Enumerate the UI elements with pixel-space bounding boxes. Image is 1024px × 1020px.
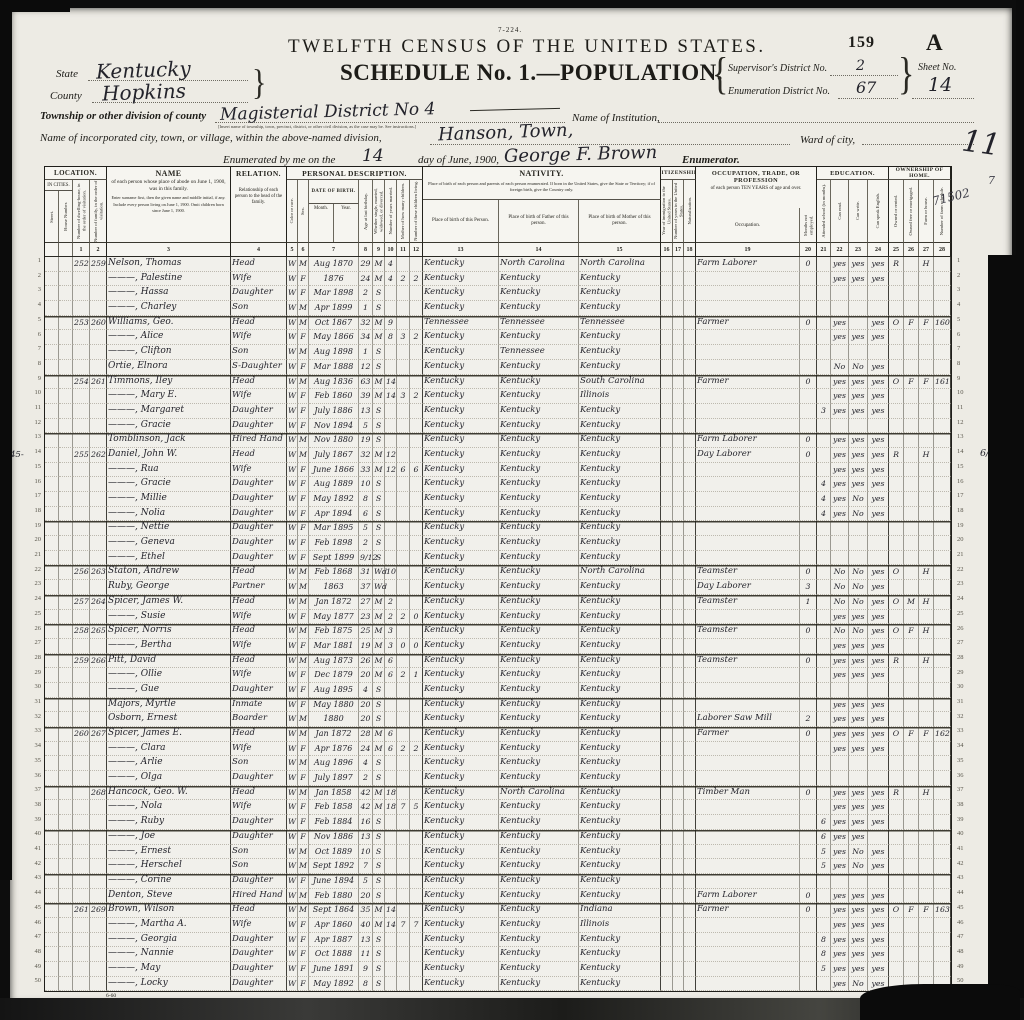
- cell-sch: [817, 654, 831, 669]
- cell-street: [45, 521, 59, 536]
- cell-c17: [673, 756, 684, 771]
- census-table-main: LOCATION.PERSONAL DESCRIPTION.NATIVITY.C…: [44, 166, 952, 992]
- cell-dob: Apr 1899: [309, 301, 359, 316]
- cell-liv: [410, 448, 423, 463]
- cell-yrs: 9: [385, 316, 397, 331]
- cell-pof: Kentucky: [499, 859, 579, 874]
- cell-pof: Kentucky: [499, 918, 579, 933]
- district-brace-close: }: [898, 49, 914, 100]
- cell-c16: [661, 698, 673, 713]
- cell-pom: Kentucky: [579, 433, 661, 448]
- cell-rd: yes: [831, 330, 849, 345]
- cell-yrs: [385, 977, 397, 992]
- cell-street: [45, 301, 59, 316]
- cell-rel: Son: [231, 756, 287, 771]
- cell-occ: [696, 933, 800, 948]
- cell-pom: Kentucky: [579, 977, 661, 992]
- cell-wr: yes: [849, 815, 868, 830]
- cell-wr: yes: [849, 257, 868, 272]
- cell-liv: [410, 316, 423, 331]
- cell-name: ———, Alice: [107, 330, 231, 345]
- cell-sex: M: [298, 859, 309, 874]
- cell-c16: [661, 580, 673, 595]
- cell-fh: [919, 683, 934, 698]
- cell-pof: Kentucky: [499, 815, 579, 830]
- cell-mo: 0: [800, 257, 817, 272]
- cell-age: 42: [359, 800, 373, 815]
- cell-en: yes: [868, 889, 889, 904]
- cell-occ: [696, 286, 800, 301]
- cell-c16: [661, 654, 673, 669]
- cell-dob: Mar 1888: [309, 360, 359, 375]
- row-number-right: 37: [957, 786, 964, 793]
- cell-ch: [397, 536, 410, 551]
- cell-sch: [817, 565, 831, 580]
- cell-name: ———, Olga: [107, 771, 231, 786]
- header-date-of-birth: DATE OF BIRTH.: [309, 180, 359, 204]
- cell-color: W: [287, 771, 298, 786]
- cell-fam: 261: [90, 375, 107, 390]
- cell-yrs: 8: [385, 330, 397, 345]
- cell-dob: Feb 1875: [309, 624, 359, 639]
- census-row: ———, GenevaDaughterWFFeb 18982SKentuckyK…: [45, 536, 951, 551]
- cell-c18: [684, 477, 696, 492]
- cell-occ: [696, 742, 800, 757]
- cell-sch: [817, 389, 831, 404]
- cell-own: [889, 419, 904, 434]
- cell-age: 9/12: [359, 551, 373, 566]
- cell-yrs: [385, 286, 397, 301]
- cell-mar: M: [373, 786, 385, 801]
- cell-ch: [397, 786, 410, 801]
- cell-sched: [934, 947, 951, 962]
- cell-name: Brown, Wilson: [107, 903, 231, 918]
- cell-fh: H: [919, 786, 934, 801]
- cell-c16: [661, 962, 673, 977]
- sheet-letter: A: [926, 30, 943, 56]
- cell-en: yes: [868, 477, 889, 492]
- cell-wr: [849, 683, 868, 698]
- cell-house: [59, 756, 73, 771]
- cell-liv: [410, 654, 423, 669]
- cell-sch: 6: [817, 830, 831, 845]
- cell-en: yes: [868, 257, 889, 272]
- cell-color: W: [287, 477, 298, 492]
- cell-c17: [673, 565, 684, 580]
- cell-c17: [673, 874, 684, 889]
- cell-yrs: [385, 345, 397, 360]
- cell-house: [59, 712, 73, 727]
- cell-fam: [90, 301, 107, 316]
- cell-rd: yes: [831, 727, 849, 742]
- row-number-left: 21: [35, 551, 42, 558]
- cell-name: Denton, Steve: [107, 889, 231, 904]
- cell-rd: [831, 683, 849, 698]
- cell-liv: [410, 874, 423, 889]
- cell-sched: [934, 830, 951, 845]
- cell-dw: 256: [73, 565, 90, 580]
- cell-own: [889, 360, 904, 375]
- cell-c17: [673, 301, 684, 316]
- cell-house: [59, 668, 73, 683]
- cell-yrs: [385, 859, 397, 874]
- cell-mar: S: [373, 286, 385, 301]
- cell-age: 6: [359, 507, 373, 522]
- cell-occ: [696, 962, 800, 977]
- cell-own: [889, 859, 904, 874]
- row-number-left: 36: [35, 772, 42, 779]
- row-number-left: 12: [35, 419, 42, 426]
- cell-own: O: [889, 316, 904, 331]
- cell-mort: [904, 507, 919, 522]
- cell-yrs: [385, 551, 397, 566]
- cell-wr: [849, 419, 868, 434]
- cell-street: [45, 389, 59, 404]
- cell-sex: M: [298, 595, 309, 610]
- cell-pob: Kentucky: [423, 595, 499, 610]
- cell-occ: Teamster: [696, 654, 800, 669]
- census-row: ———, HassaDaughterWFMar 18982SKentuckyKe…: [45, 286, 951, 301]
- cell-en: yes: [868, 389, 889, 404]
- cell-pob: Kentucky: [423, 947, 499, 962]
- cell-mort: [904, 933, 919, 948]
- cell-rd: [831, 521, 849, 536]
- cell-dob: Aug 1836: [309, 375, 359, 390]
- census-row: ———, LockyDaughterWFMay 18928SKentuckyKe…: [45, 977, 951, 992]
- cell-sex: F: [298, 507, 309, 522]
- cell-dw: 254: [73, 375, 90, 390]
- cell-fam: [90, 815, 107, 830]
- cell-pom: Kentucky: [579, 639, 661, 654]
- cell-mort: [904, 859, 919, 874]
- cell-mar: S: [373, 889, 385, 904]
- cell-occ: [696, 345, 800, 360]
- cell-wr: yes: [849, 918, 868, 933]
- cell-own: [889, 507, 904, 522]
- cell-wr: yes: [849, 433, 868, 448]
- cell-c17: [673, 272, 684, 287]
- cell-mort: [904, 698, 919, 713]
- cell-dw: 255: [73, 448, 90, 463]
- cell-house: [59, 933, 73, 948]
- header-name: NAMEof each person whose place of abode …: [107, 167, 231, 242]
- cell-rel: Wife: [231, 742, 287, 757]
- cell-pob: Kentucky: [423, 889, 499, 904]
- census-row: ———, AliceWifeWFMay 186634M832KentuckyKe…: [45, 330, 951, 345]
- cell-mort: [904, 962, 919, 977]
- cell-pob: Kentucky: [423, 448, 499, 463]
- cell-c16: [661, 639, 673, 654]
- cell-fam: [90, 536, 107, 551]
- cell-color: W: [287, 610, 298, 625]
- cell-fam: [90, 742, 107, 757]
- cell-sex: F: [298, 419, 309, 434]
- cell-fam: [90, 962, 107, 977]
- census-scan-page: { "page": { "form_number": "7-224.", "ti…: [0, 0, 1024, 1020]
- cell-pob: Kentucky: [423, 610, 499, 625]
- cell-pof: Kentucky: [499, 610, 579, 625]
- cell-fh: F: [919, 727, 934, 742]
- cell-sex: F: [298, 742, 309, 757]
- cell-mar: Wd: [373, 580, 385, 595]
- cell-c16: [661, 815, 673, 830]
- cell-dob: Apr 1876: [309, 742, 359, 757]
- cell-pof: Kentucky: [499, 492, 579, 507]
- cell-pof: Kentucky: [499, 903, 579, 918]
- cell-age: 33: [359, 463, 373, 478]
- cell-sch: [817, 800, 831, 815]
- cell-mar: S: [373, 301, 385, 316]
- cell-fh: [919, 507, 934, 522]
- cell-pob: Kentucky: [423, 330, 499, 345]
- cell-wr: yes: [849, 727, 868, 742]
- cell-yrs: 12: [385, 463, 397, 478]
- cell-liv: [410, 419, 423, 434]
- row-number-right: 14: [957, 448, 964, 455]
- cell-ch: [397, 345, 410, 360]
- cell-fam: [90, 859, 107, 874]
- cell-rd: yes: [831, 272, 849, 287]
- cell-en: yes: [868, 859, 889, 874]
- cell-wr: [849, 874, 868, 889]
- cell-mar: S: [373, 360, 385, 375]
- header-col-house: House Number.: [59, 191, 73, 242]
- cell-c17: [673, 507, 684, 522]
- cell-mar: M: [373, 639, 385, 654]
- scan-edge-top-left: [0, 0, 70, 12]
- cell-age: 11: [359, 947, 373, 962]
- cell-rd: yes: [831, 507, 849, 522]
- cell-pom: Kentucky: [579, 624, 661, 639]
- cell-occ: [696, 756, 800, 771]
- cell-color: W: [287, 448, 298, 463]
- cell-pom: Kentucky: [579, 756, 661, 771]
- cell-sex: M: [298, 712, 309, 727]
- cell-occ: [696, 918, 800, 933]
- cell-street: [45, 962, 59, 977]
- cell-c17: [673, 521, 684, 536]
- margin-note-left: 45-: [10, 450, 24, 460]
- cell-sched: [934, 521, 951, 536]
- cell-en: yes: [868, 448, 889, 463]
- cell-sex: M: [298, 624, 309, 639]
- cell-c16: [661, 316, 673, 331]
- cell-rel: Head: [231, 257, 287, 272]
- cell-sched: [934, 565, 951, 580]
- cell-ch: [397, 521, 410, 536]
- cell-liv: [410, 903, 423, 918]
- cell-rel: Daughter: [231, 815, 287, 830]
- cell-yrs: 14: [385, 375, 397, 390]
- cell-mo: 0: [800, 448, 817, 463]
- header-col-wr: Can write.: [849, 180, 868, 242]
- cell-c16: [661, 301, 673, 316]
- cell-ch: [397, 375, 410, 390]
- cell-occ: [696, 947, 800, 962]
- cell-liv: [410, 756, 423, 771]
- cell-dw: [73, 830, 90, 845]
- cell-pom: Kentucky: [579, 698, 661, 713]
- cell-dob: Feb 1880: [309, 889, 359, 904]
- cell-sched: [934, 419, 951, 434]
- cell-dw: [73, 521, 90, 536]
- cell-name: ———, Locky: [107, 977, 231, 992]
- cell-house: [59, 389, 73, 404]
- cell-pom: South Carolina: [579, 375, 661, 390]
- cell-name: ———, Palestine: [107, 272, 231, 287]
- cell-sched: [934, 507, 951, 522]
- cell-occ: [696, 477, 800, 492]
- cell-pof: Kentucky: [499, 727, 579, 742]
- header-col-number: 26: [904, 242, 919, 256]
- cell-liv: 6: [410, 463, 423, 478]
- cell-sex: F: [298, 668, 309, 683]
- cell-sched: 161: [934, 375, 951, 390]
- cell-sched: [934, 845, 951, 860]
- cell-sched: [934, 404, 951, 419]
- cell-own: [889, 800, 904, 815]
- cell-liv: [410, 786, 423, 801]
- cell-fh: H: [919, 624, 934, 639]
- cell-occ: [696, 977, 800, 992]
- cell-name: Timmons, Iley: [107, 375, 231, 390]
- cell-ch: [397, 830, 410, 845]
- cell-sch: [817, 521, 831, 536]
- cell-street: [45, 712, 59, 727]
- cell-street: [45, 845, 59, 860]
- cell-liv: 0: [410, 639, 423, 654]
- cell-ch: 3: [397, 389, 410, 404]
- cell-en: [868, 419, 889, 434]
- cell-pom: Kentucky: [579, 330, 661, 345]
- cell-color: W: [287, 962, 298, 977]
- row-number-left: 13: [35, 433, 42, 440]
- cell-ch: [397, 448, 410, 463]
- header-col-number: 3: [107, 242, 231, 256]
- cell-c18: [684, 859, 696, 874]
- cell-occ: Day Laborer: [696, 448, 800, 463]
- cell-c18: [684, 301, 696, 316]
- cell-rd: No: [831, 624, 849, 639]
- cell-pom: Kentucky: [579, 610, 661, 625]
- cell-yrs: [385, 889, 397, 904]
- cell-fam: [90, 521, 107, 536]
- cell-mo: [800, 419, 817, 434]
- cell-c16: [661, 668, 673, 683]
- cell-name: Williams, Geo.: [107, 316, 231, 331]
- cell-liv: [410, 477, 423, 492]
- cell-occ: [696, 301, 800, 316]
- cell-pob: Kentucky: [423, 845, 499, 860]
- cell-liv: [410, 565, 423, 580]
- cell-yrs: 6: [385, 727, 397, 742]
- row-number-left: 1: [38, 257, 41, 264]
- cell-yrs: 14: [385, 903, 397, 918]
- cell-fam: [90, 830, 107, 845]
- cell-c16: [661, 286, 673, 301]
- cell-liv: 2: [410, 330, 423, 345]
- cell-sch: 8: [817, 933, 831, 948]
- cell-age: 19: [359, 639, 373, 654]
- census-row: Tomblinson, JackHired HandWMNov 188019SK…: [45, 433, 951, 448]
- cell-dw: [73, 389, 90, 404]
- cell-sch: [817, 419, 831, 434]
- cell-pof: Kentucky: [499, 668, 579, 683]
- cell-sch: [817, 786, 831, 801]
- cell-sch: [817, 683, 831, 698]
- cell-house: [59, 698, 73, 713]
- census-row: ———, MargaretDaughterWFJuly 188613SKentu…: [45, 404, 951, 419]
- cell-house: [59, 815, 73, 830]
- cell-mo: [800, 507, 817, 522]
- row-number-left: 31: [35, 698, 42, 705]
- cell-mar: S: [373, 830, 385, 845]
- cell-rel: Daughter: [231, 947, 287, 962]
- cell-pob: Kentucky: [423, 756, 499, 771]
- cell-ch: [397, 624, 410, 639]
- cell-mort: [904, 786, 919, 801]
- institution-underline: [658, 122, 974, 123]
- cell-liv: [410, 859, 423, 874]
- cell-mort: [904, 845, 919, 860]
- cell-sch: 5: [817, 859, 831, 874]
- header-col-dw: Number of dwelling-house, in the order o…: [73, 180, 90, 242]
- cell-c16: [661, 492, 673, 507]
- header-col-own: Owned or rented.: [889, 180, 904, 242]
- cell-wr: [849, 286, 868, 301]
- cell-c18: [684, 800, 696, 815]
- cell-c18: [684, 316, 696, 331]
- cell-rel: Son: [231, 845, 287, 860]
- cell-mar: M: [373, 330, 385, 345]
- cell-pob: Kentucky: [423, 492, 499, 507]
- cell-c16: [661, 947, 673, 962]
- cell-street: [45, 257, 59, 272]
- row-number-right: 1: [957, 257, 960, 264]
- cell-own: [889, 404, 904, 419]
- cell-mar: S: [373, 345, 385, 360]
- row-number-right: 24: [957, 595, 964, 602]
- cell-fam: [90, 947, 107, 962]
- cell-dw: [73, 507, 90, 522]
- cell-en: yes: [868, 360, 889, 375]
- cell-mort: [904, 272, 919, 287]
- county-value: Hopkins: [102, 79, 187, 106]
- cell-fh: [919, 301, 934, 316]
- cell-street: [45, 492, 59, 507]
- cell-sch: [817, 712, 831, 727]
- cell-fam: [90, 712, 107, 727]
- cell-pob: Kentucky: [423, 639, 499, 654]
- cell-wr: [849, 521, 868, 536]
- row-number-right: 18: [957, 507, 964, 514]
- cell-street: [45, 272, 59, 287]
- cell-age: 1: [359, 345, 373, 360]
- cell-pom: Kentucky: [579, 859, 661, 874]
- cell-c17: [673, 330, 684, 345]
- row-number-left: 8: [38, 360, 41, 367]
- cell-wr: yes: [849, 654, 868, 669]
- census-row: Ortie, ElnoraS-DaughterWFMar 188812SKent…: [45, 360, 951, 375]
- cell-pom: Kentucky: [579, 845, 661, 860]
- cell-color: W: [287, 712, 298, 727]
- cell-sex: M: [298, 565, 309, 580]
- cell-mort: F: [904, 375, 919, 390]
- cell-sex: M: [298, 654, 309, 669]
- cell-fam: [90, 698, 107, 713]
- census-row: ———, SusieWifeWFMay 187723M220KentuckyKe…: [45, 610, 951, 625]
- row-number-left: 11: [35, 404, 41, 411]
